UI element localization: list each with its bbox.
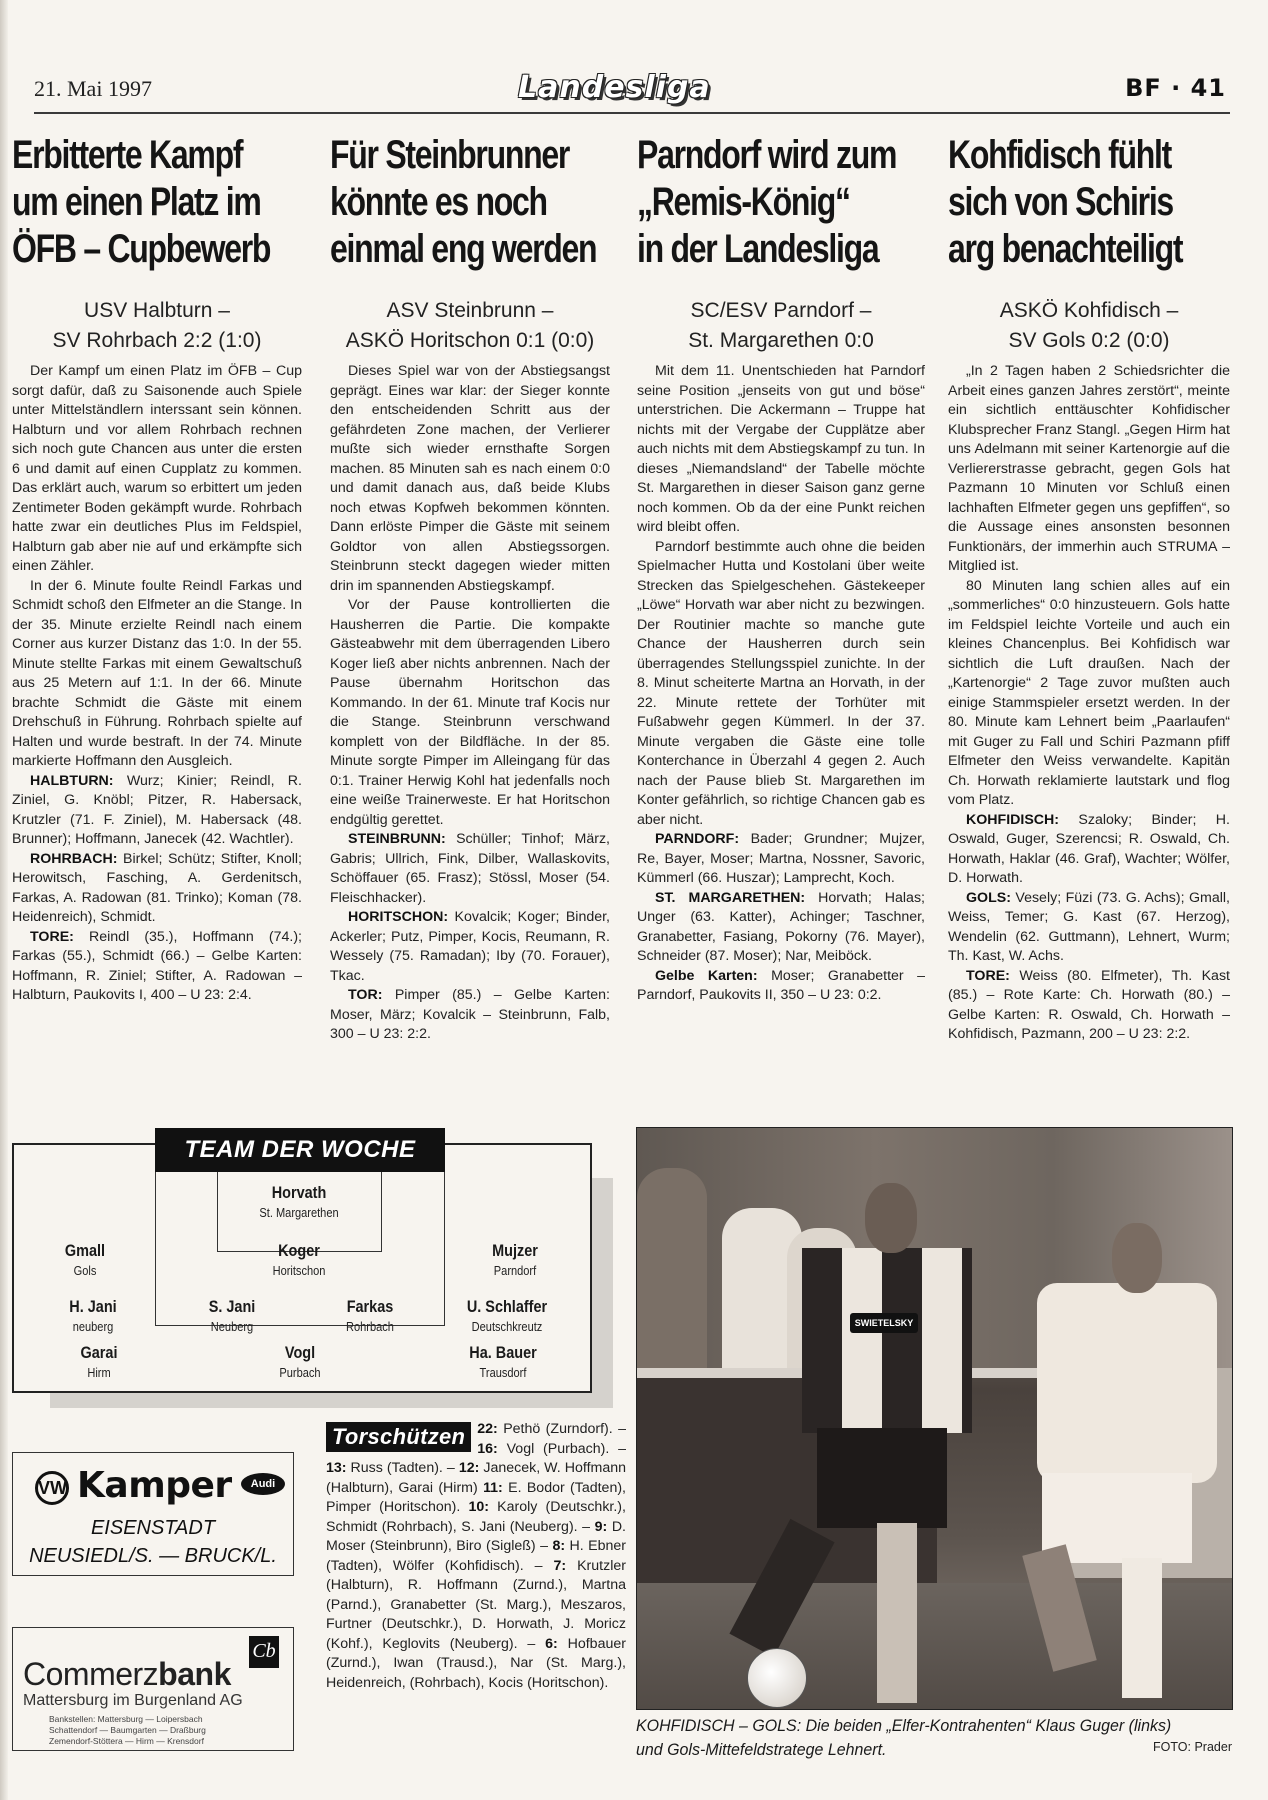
ad-kamper: VW Kamper Audi EISENSTADT NEUSIEDL/S. — …	[12, 1452, 294, 1576]
article-kohfidisch-gols: Kohfidisch fühlt sich von Schiris arg be…	[948, 132, 1230, 1112]
page-edge-shadow	[0, 0, 8, 1800]
lineup: ROHRBACH: Birkel; Schütz; Stifter, Knoll…	[12, 850, 302, 928]
player-card: Ha. Bauer Trausdorf	[428, 1342, 578, 1382]
lineup: HALBTURN: Wurz; Kinier; Reindl, R. Zinie…	[12, 772, 302, 850]
article-body: „In 2 Tagen haben 2 Schiedsrichter die A…	[948, 362, 1230, 1045]
goals-summary: TORE: Reindl (35.), Hoffmann (74.); Fark…	[12, 928, 302, 1006]
top-scorers-label: Torschützen	[326, 1422, 471, 1452]
goals-summary: TOR: Pimper (85.) – Gelbe Karten: Moser,…	[330, 986, 610, 1045]
newspaper-page: 21. Mai 1997 Landesliga BF · 41 Erbitter…	[0, 0, 1268, 1800]
vw-logo-icon: VW	[35, 1471, 69, 1505]
team-of-week-title: TEAM DER WOCHE	[155, 1128, 445, 1172]
commerzbank-logo-icon: Cb	[249, 1636, 279, 1668]
dealer-name: Kamper	[77, 1465, 232, 1506]
player-card: Gmall Gols	[10, 1240, 160, 1280]
ad-commerzbank: Cb Commerzbank Mattersburg im Burgenland…	[12, 1627, 294, 1751]
article-headline: Parndorf wird zum „Remis-König“ in der L…	[637, 132, 957, 273]
article-body: Dieses Spiel war von der Abstiegsangst g…	[330, 362, 610, 1045]
match-result: ASV Steinbrunn – ASKÖ Horitschon 0:1 (0:…	[330, 296, 610, 356]
paragraph: Der Kampf um einen Platz im ÖFB – Cup so…	[12, 362, 302, 577]
player-card: U. Schlaffer Deutschkreutz	[432, 1296, 582, 1336]
shirt-sponsor: SWIETELSKY	[850, 1313, 918, 1333]
lineup: HORITSCHON: Kovalcik; Koger; Binder, Ack…	[330, 908, 610, 986]
article-body: Mit dem 11. Unentschieden hat Parndorf s…	[637, 362, 925, 1006]
cards-summary: Gelbe Karten: Moser; Granabetter – Parnd…	[637, 967, 925, 1006]
spectator	[637, 1168, 707, 1368]
top-scorers: Torschützen 22: Pethö (Zurndorf). – 16: …	[326, 1420, 626, 1693]
lineup: STEINBRUNN: Schüller; Tinhof; März, Gabr…	[330, 830, 610, 908]
page-number: BF · 41	[1125, 74, 1226, 102]
article-headline: Kohfidisch fühlt sich von Schiris arg be…	[948, 132, 1268, 273]
article-headline: Erbitterte Kampf um einen Platz im ÖFB –…	[12, 132, 332, 273]
audi-logo-icon: Audi	[241, 1473, 285, 1495]
lineup: KOHFIDISCH: Szaloky; Binder; H. Oswald, …	[948, 811, 1230, 889]
bank-subtitle: Mattersburg im Burgenland AG	[23, 1692, 243, 1710]
paragraph: Dieses Spiel war von der Abstiegsangst g…	[330, 362, 610, 596]
player-guger	[802, 1248, 972, 1433]
page-header: 21. Mai 1997 Landesliga BF · 41	[34, 72, 1230, 114]
player-card: Koger Horitschon	[224, 1240, 374, 1280]
lineup: GOLS: Vesely; Füzi (73. G. Achs); Gmall,…	[948, 889, 1230, 967]
paragraph: 80 Minuten lang schien alles auf ein „so…	[948, 577, 1230, 811]
lineup: ST. MARGARETHEN: Horvath; Halas; Unger (…	[637, 889, 925, 967]
paragraph: Vor der Pause kontrollierten die Hausher…	[330, 596, 610, 830]
football-icon	[747, 1648, 807, 1708]
article-halbturn-rohrbach: Erbitterte Kampf um einen Platz im ÖFB –…	[12, 132, 302, 1112]
photo-caption: KOHFIDISCH – GOLS: Die beiden „Elfer-Kon…	[636, 1714, 1200, 1762]
article-steinbrunn-horitschon: Für Steinbrunner könnte es noch einmal e…	[330, 132, 610, 1112]
lineup: PARNDORF: Bader; Grundner; Mujzer, Re, B…	[637, 830, 925, 889]
article-headline: Für Steinbrunner könnte es noch einmal e…	[330, 132, 650, 273]
match-photo: mazda MATIS SWIETELSKY	[636, 1127, 1233, 1710]
goals-summary: TORE: Weiss (80. Elfmeter), Th. Kast (85…	[948, 967, 1230, 1045]
paragraph: Mit dem 11. Unentschieden hat Parndorf s…	[637, 362, 925, 538]
article-body: Der Kampf um einen Platz im ÖFB – Cup so…	[12, 362, 302, 1006]
dealer-location: EISENSTADT	[13, 1517, 293, 1540]
photo-credit: FOTO: Prader	[1153, 1740, 1232, 1754]
issue-date: 21. Mai 1997	[34, 76, 152, 102]
bank-branches: Bankstellen: Mattersburg — Loipersbach S…	[49, 1714, 206, 1747]
player-card: Vogl Purbach	[225, 1342, 375, 1382]
paragraph: Parndorf bestimmte auch ohne die beiden …	[637, 538, 925, 831]
bank-name: Commerzbank	[23, 1656, 231, 1693]
article-parndorf-stmargarethen: Parndorf wird zum „Remis-König“ in der L…	[637, 132, 925, 1112]
match-result: SC/ESV Parndorf – St. Margarethen 0:0	[637, 296, 925, 356]
player-card: Farkas Rohrbach	[295, 1296, 445, 1336]
player-lehnert	[1037, 1283, 1217, 1483]
player-card: Mujzer Parndorf	[440, 1240, 590, 1280]
player-card: Horvath St. Margarethen	[224, 1182, 374, 1222]
player-card: S. Jani Neuberg	[157, 1296, 307, 1336]
match-result: ASKÖ Kohfidisch – SV Gols 0:2 (0:0)	[948, 296, 1230, 356]
dealer-branches: NEUSIEDL/S. — BRUCK/L.	[13, 1545, 293, 1568]
player-card: Garai Hirm	[24, 1342, 174, 1382]
section-title: Landesliga	[518, 70, 711, 105]
paragraph: In der 6. Minute foulte Reindl Farkas un…	[12, 577, 302, 772]
paragraph: „In 2 Tagen haben 2 Schiedsrichter die A…	[948, 362, 1230, 577]
player-card: H. Jani neuberg	[18, 1296, 168, 1336]
match-result: USV Halbturn – SV Rohrbach 2:2 (1:0)	[12, 296, 302, 356]
